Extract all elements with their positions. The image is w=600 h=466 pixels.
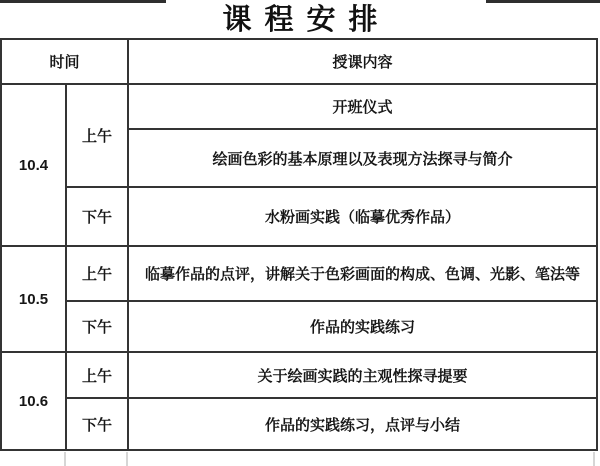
header-cell-time: 时间 [1, 39, 128, 84]
content-cell: 临摹作品的点评，讲解关于色彩画面的构成、色调、光影、笔法等 [128, 246, 597, 301]
date-cell-10-4: 10.4 [1, 84, 66, 246]
content-cell: 绘画色彩的基本原理以及表现方法探寻与简介 [128, 129, 597, 187]
content-cell: 开班仪式 [128, 84, 597, 129]
table-row: 10.4 上午 开班仪式 [1, 84, 597, 129]
content-cell: 作品的实践练习，点评与小结 [128, 398, 597, 450]
period-cell-10-6-am: 上午 [66, 352, 128, 398]
table-row: 10.5 上午 临摹作品的点评，讲解关于色彩画面的构成、色调、光影、笔法等 [1, 246, 597, 301]
period-cell-10-4-pm: 下午 [66, 187, 128, 246]
period-cell-10-5-am: 上午 [66, 246, 128, 301]
content-cell: 作品的实践练习 [128, 301, 597, 352]
period-cell-10-6-pm: 下午 [66, 398, 128, 450]
cutoff-row-divider [64, 452, 66, 466]
table-header-row: 时间 授课内容 [1, 39, 597, 84]
content-cell: 水粉画实践（临摹优秀作品） [128, 187, 597, 246]
course-schedule-page: 课程安排 时间 授课内容 10.4 上午 开班仪式 绘画色彩的基本原理以及表现方… [0, 0, 600, 466]
table-row: 10.6 上午 关于绘画实践的主观性探寻提要 [1, 352, 597, 398]
date-cell-10-6: 10.6 [1, 352, 66, 450]
content-cell: 关于绘画实践的主观性探寻提要 [128, 352, 597, 398]
period-cell-10-4-am: 上午 [66, 84, 128, 187]
cutoff-row-divider [126, 452, 128, 466]
table-row: 下午 作品的实践练习，点评与小结 [1, 398, 597, 450]
cutoff-row-divider [593, 452, 595, 466]
table-row: 下午 水粉画实践（临摹优秀作品） [1, 187, 597, 246]
table-row: 下午 作品的实践练习 [1, 301, 597, 352]
header-cell-content: 授课内容 [128, 39, 597, 84]
page-title: 课程安排 [0, 1, 600, 38]
schedule-table: 时间 授课内容 10.4 上午 开班仪式 绘画色彩的基本原理以及表现方法探寻与简… [0, 38, 598, 451]
period-cell-10-5-pm: 下午 [66, 301, 128, 352]
date-cell-10-5: 10.5 [1, 246, 66, 352]
